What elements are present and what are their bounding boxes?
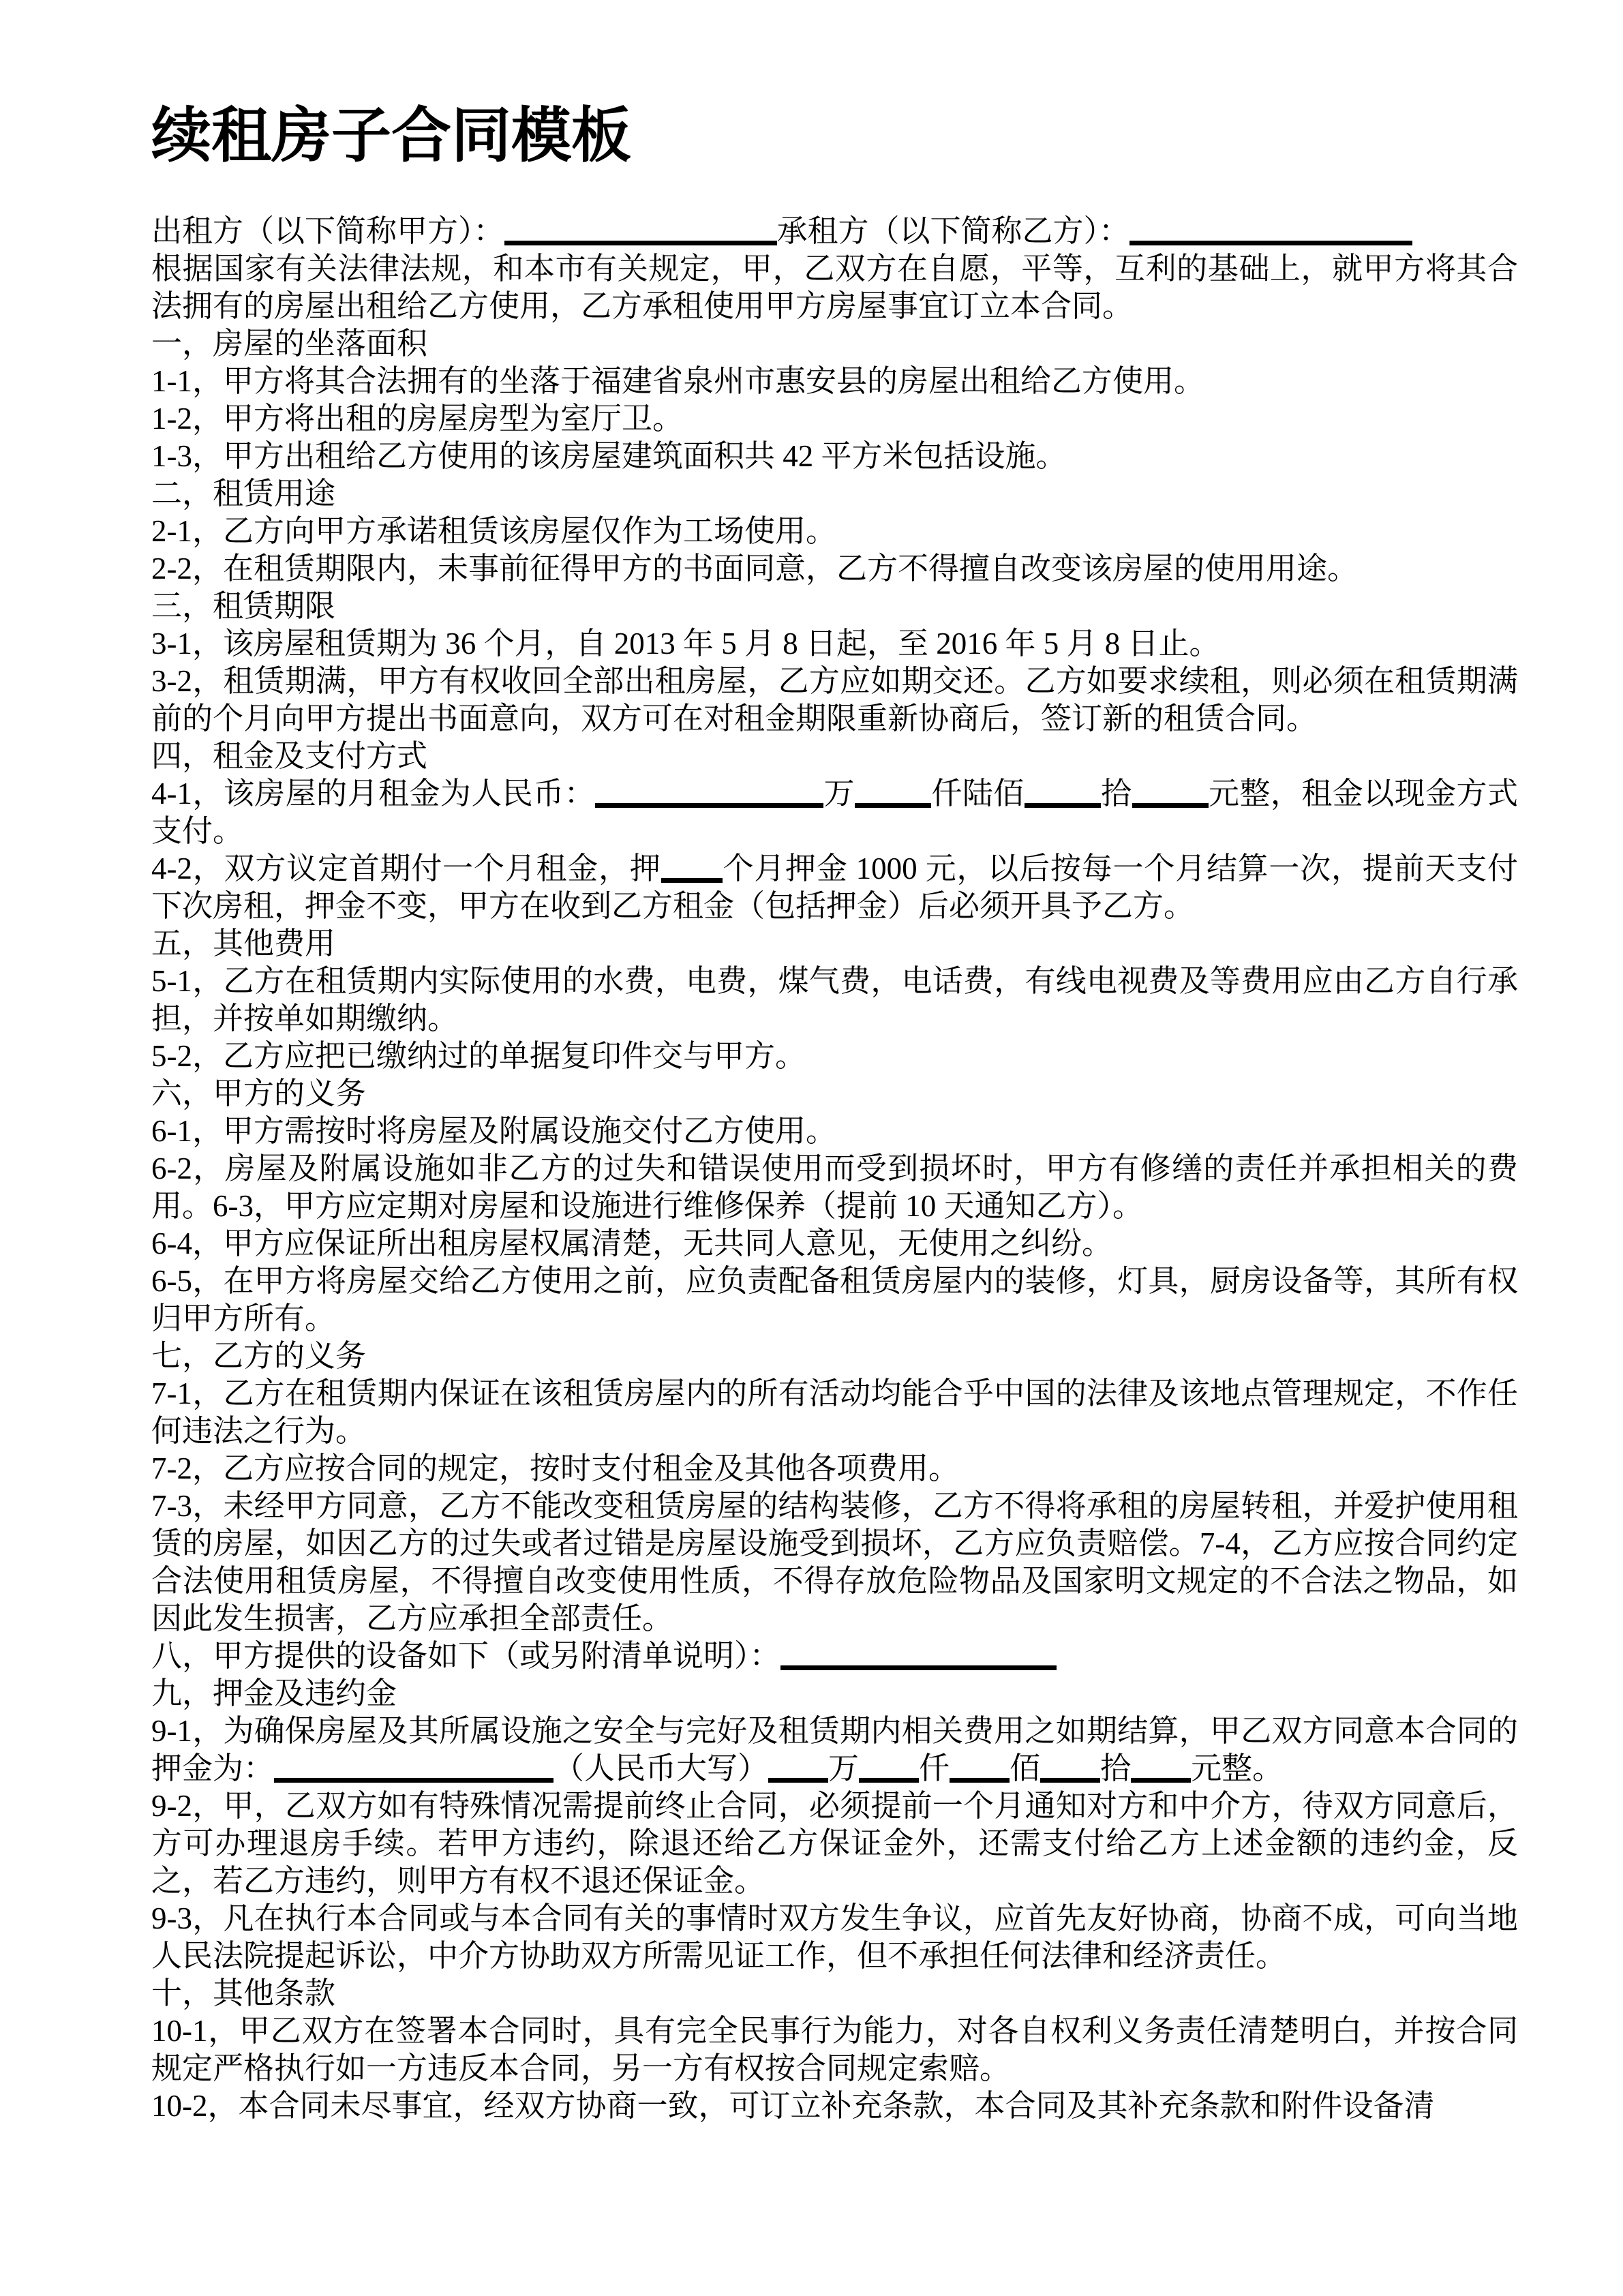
section-heading-with-blank: 八，甲方提供的设备如下（或另附清单说明）： — [151, 1637, 1518, 1675]
deposit-amount-blank — [274, 1757, 553, 1783]
lessee-name-blank — [1129, 220, 1412, 245]
section-lessor-obligations: 六，甲方的义务 6-1，甲方需按时将房屋及附属设施交付乙方使用。 6-2，房屋及… — [151, 1075, 1518, 1338]
clause: 10-1，甲乙双方在签署本合同时，具有完全民事行为能力，对各自权利义务责任清楚明… — [151, 2012, 1518, 2087]
clause: 6-4，甲方应保证所出租房屋权属清楚，无共同人意见，无使用之纠纷。 — [151, 1225, 1518, 1263]
section-heading: 四，租金及支付方式 — [151, 738, 1518, 775]
deposit-bai-blank — [950, 1757, 1010, 1783]
deposit-clause-suffix: 元整。 — [1191, 1751, 1283, 1785]
clause: 5-2，乙方应把已缴纳过的单据复印件交与甲方。 — [151, 1038, 1518, 1075]
rent-qian-blank — [855, 783, 931, 808]
equipment-list-blank — [780, 1645, 1057, 1670]
deposit-unit-bai: 佰 — [1010, 1751, 1040, 1785]
rent-clause-prefix: 4-1，该房屋的月租金为人民币： — [151, 776, 595, 811]
unit-wan: 万 — [823, 776, 855, 811]
equipment-heading: 八，甲方提供的设备如下（或另附清单说明）： — [151, 1639, 780, 1673]
clause: 9-2，甲，乙双方如有特殊情况需提前终止合同，必须提前一个月通知对方和中介方，待… — [151, 1787, 1518, 1900]
lessee-label: 承租方（以下简称乙方）： — [777, 214, 1130, 248]
clause: 2-1，乙方向甲方承诺租赁该房屋仅作为工场使用。 — [151, 513, 1518, 550]
party-line: 出租方（以下简称甲方）：承租方（以下简称乙方）： — [151, 213, 1518, 250]
clause: 7-3，未经甲方同意，乙方不能改变租赁房屋的结构装修，乙方不得将承租的房屋转租，… — [151, 1487, 1518, 1637]
section-lessee-obligations: 七，乙方的义务 7-1，乙方在租赁期内保证在该租赁房屋内的所有活动均能合乎中国的… — [151, 1338, 1518, 1637]
clause-deposit-pay: 4-2，双方议定首期付一个月租金，押个月押金 1000 元，以后按每一个月结算一… — [151, 850, 1518, 925]
unit-shi: 拾 — [1101, 776, 1132, 811]
deposit-shi-blank — [1040, 1757, 1100, 1783]
deposit-yuan-blank — [1131, 1757, 1191, 1783]
lessor-label: 出租方（以下简称甲方）： — [151, 214, 504, 248]
section-other-fees: 五，其他费用 5-1，乙方在租赁期内实际使用的水费，电费，煤气费，电话费，有线电… — [151, 925, 1518, 1075]
section-heading: 一，房屋的坐落面积 — [151, 325, 1518, 363]
clause: 10-2，本合同未尽事宜，经双方协商一致，可订立补充条款，本合同及其补充条款和附… — [151, 2087, 1518, 2125]
clause: 9-3，凡在执行本合同或与本合同有关的事情时双方发生争议，应首先友好协商，协商不… — [151, 1900, 1518, 1975]
clause: 1-1，甲方将其合法拥有的坐落于福建省泉州市惠安县的房屋出租给乙方使用。 — [151, 363, 1518, 400]
clause: 6-2，房屋及附属设施如非乙方的过失和错误使用而受到损坏时，甲方有修缮的责任并承… — [151, 1150, 1518, 1225]
clause: 2-2，在租赁期限内，未事前征得甲方的书面同意，乙方不得擅自改变该房屋的使用用途… — [151, 550, 1518, 588]
section-equipment: 八，甲方提供的设备如下（或另附清单说明）： — [151, 1637, 1518, 1675]
clause: 5-1，乙方在租赁期内实际使用的水费，电费，煤气费，电话费，有线电视费及等费用应… — [151, 963, 1518, 1038]
clause-rent: 4-1，该房屋的月租金为人民币：万仟陆佰拾元整，租金以现金方式支付。 — [151, 775, 1518, 850]
deposit-clause-mid: （人民币大写） — [553, 1751, 768, 1785]
section-other-terms: 十，其他条款 10-1，甲乙双方在签署本合同时，具有完全民事行为能力，对各自权利… — [151, 1975, 1518, 2125]
section-heading: 三，租赁期限 — [151, 588, 1518, 625]
deposit-unit-wan: 万 — [828, 1751, 859, 1785]
clause: 3-2，租赁期满，甲方有权收回全部出租房屋，乙方应如期交还。乙方如要求续租，则必… — [151, 663, 1518, 738]
lessor-name-blank — [504, 220, 777, 245]
deposit-qian-blank — [859, 1757, 919, 1783]
preamble: 根据国家有关法律法规，和本市有关规定，甲，乙双方在自愿，平等，互利的基础上，就甲… — [151, 250, 1518, 325]
clause-deposit: 9-1，为确保房屋及其所属设施之安全与完好及租赁期内相关费用之如期结算，甲乙双方… — [151, 1712, 1518, 1787]
clause: 6-5，在甲方将房屋交给乙方使用之前，应负责配备租赁房屋内的装修，灯具，厨房设备… — [151, 1263, 1518, 1338]
clause: 3-1，该房屋租赁期为 36 个月，自 2013 年 5 月 8 日起，至 20… — [151, 625, 1518, 663]
section-lease-term: 三，租赁期限 3-1，该房屋租赁期为 36 个月，自 2013 年 5 月 8 … — [151, 588, 1518, 738]
clause: 6-1，甲方需按时将房屋及附属设施交付乙方使用。 — [151, 1113, 1518, 1150]
section-heading: 九，押金及违约金 — [151, 1675, 1518, 1712]
page-title: 续租房子合同模板 — [151, 101, 631, 173]
deposit-pay-prefix: 4-2，双方议定首期付一个月租金，押 — [151, 851, 661, 886]
section-heading: 十，其他条款 — [151, 1975, 1518, 2012]
deposit-months-blank — [661, 858, 723, 883]
section-heading: 七，乙方的义务 — [151, 1338, 1518, 1375]
clause: 1-2，甲方将出租的房屋房型为室厅卫。 — [151, 400, 1518, 438]
rent-yuan-blank — [1132, 783, 1209, 808]
rent-shi-blank — [1025, 783, 1101, 808]
clause: 1-3，甲方出租给乙方使用的该房屋建筑面积共 42 平方米包括设施。 — [151, 438, 1518, 475]
deposit-unit-shi: 拾 — [1100, 1751, 1131, 1785]
document-page: 续租房子合同模板 出租方（以下简称甲方）：承租方（以下简称乙方）： 根据国家有关… — [0, 0, 1623, 2296]
section-heading: 六，甲方的义务 — [151, 1075, 1518, 1113]
section-heading: 五，其他费用 — [151, 925, 1518, 963]
clause: 7-2，乙方应按合同的规定，按时支付租金及其他各项费用。 — [151, 1450, 1518, 1487]
section-deposit-penalty: 九，押金及违约金 9-1，为确保房屋及其所属设施之安全与完好及租赁期内相关费用之… — [151, 1675, 1518, 1975]
contract-body: 出租方（以下简称甲方）：承租方（以下简称乙方）： 根据国家有关法律法规，和本市有… — [151, 213, 1518, 2125]
rent-amount-blank — [595, 783, 823, 808]
section-house-location: 一，房屋的坐落面积 1-1，甲方将其合法拥有的坐落于福建省泉州市惠安县的房屋出租… — [151, 325, 1518, 475]
unit-qian: 仟陆佰 — [931, 776, 1025, 811]
deposit-wan-blank — [768, 1757, 828, 1783]
section-lease-use: 二，租赁用途 2-1，乙方向甲方承诺租赁该房屋仅作为工场使用。 2-2，在租赁期… — [151, 475, 1518, 588]
clause: 7-1，乙方在租赁期内保证在该租赁房屋内的所有活动均能合乎中国的法律及该地点管理… — [151, 1375, 1518, 1450]
section-rent-payment: 四，租金及支付方式 4-1，该房屋的月租金为人民币：万仟陆佰拾元整，租金以现金方… — [151, 738, 1518, 925]
section-heading: 二，租赁用途 — [151, 475, 1518, 513]
deposit-unit-qian: 仟 — [919, 1751, 950, 1785]
